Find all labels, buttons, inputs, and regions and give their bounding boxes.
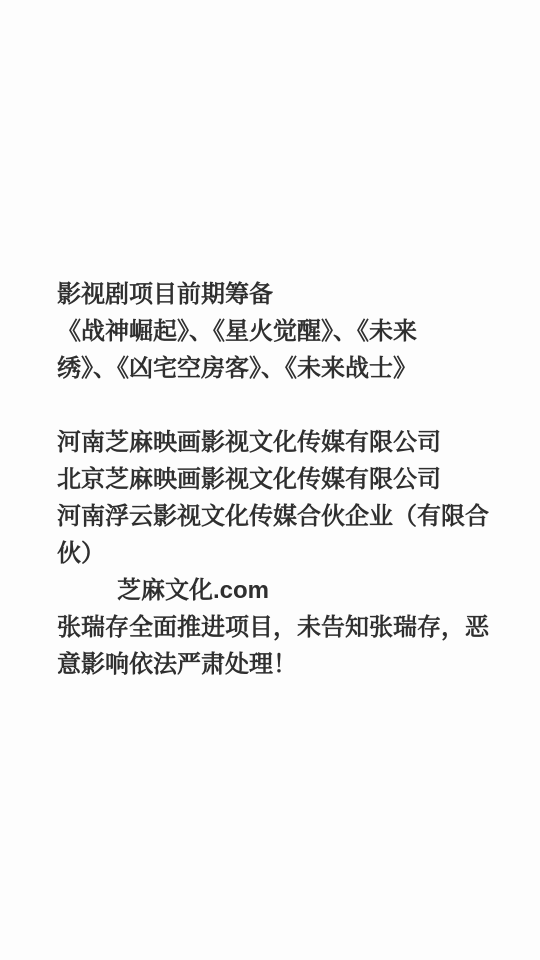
text-block: 影视剧项目前期筹备《战神崛起》、《星火觉醒》、《未来绣》、《凶宅空房客》、《未来… xyxy=(57,276,489,683)
notice-line-1: 张瑞存全面推进项目，未告知张瑞存，恶 xyxy=(57,609,489,646)
page: 影视剧项目前期筹备《战神崛起》、《星火觉醒》、《未来绣》、《凶宅空房客》、《未来… xyxy=(0,0,540,960)
company-line-2: 北京芝麻映画影视文化传媒有限公司 xyxy=(57,461,489,498)
website-line: 芝麻文化.com xyxy=(57,572,489,609)
company-line-3: 河南浮云影视文化传媒合伙企业（有限合 xyxy=(57,498,489,535)
blank-line xyxy=(57,387,489,424)
company-line-1: 河南芝麻映画影视文化传媒有限公司 xyxy=(57,424,489,461)
projects-line-2: 绣》、《凶宅空房客》、《未来战士》 xyxy=(57,350,489,387)
projects-line-1: 《战神崛起》、《星火觉醒》、《未来 xyxy=(57,313,489,350)
heading-line: 影视剧项目前期筹备 xyxy=(57,276,489,313)
company-line-3-wrap: 伙） xyxy=(57,535,489,572)
notice-line-2: 意影响依法严肃处理！ xyxy=(57,646,489,683)
